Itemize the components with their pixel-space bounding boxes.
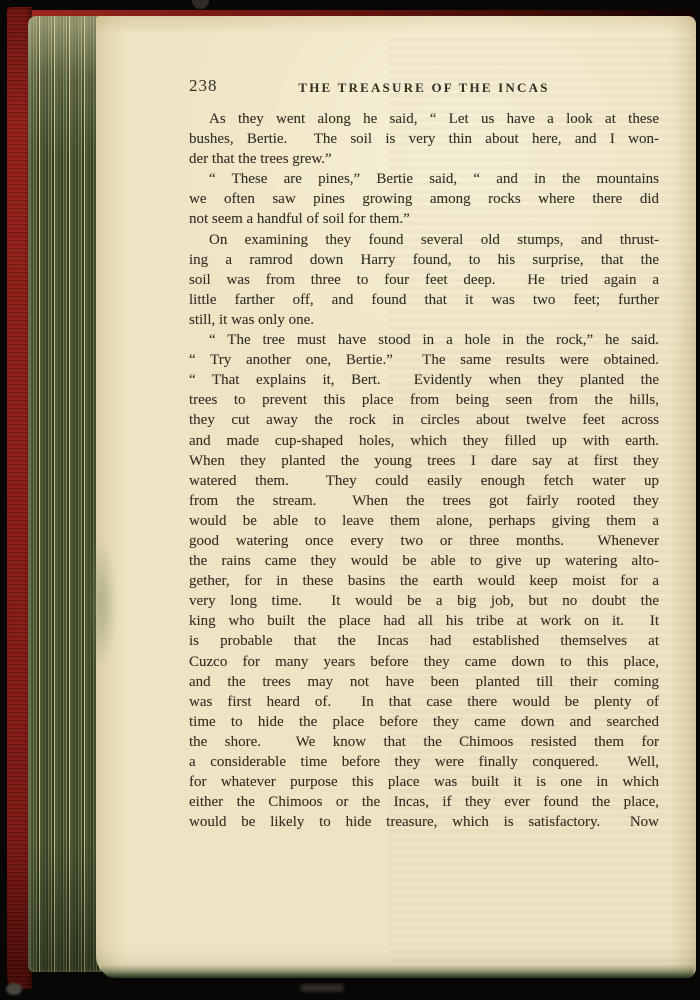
text-line: the shore. We know that the Chimoos resi… [189, 732, 659, 752]
text-line: soil was from three to four feet deep. H… [189, 270, 659, 290]
text-line: “ Try another one, Bertie.” The same res… [189, 350, 659, 370]
body-text: As they went along he said, “ Let us hav… [189, 109, 659, 832]
page-header: 238 THE TREASURE OF THE INCAS [189, 77, 659, 97]
text-line: for whatever purpose this place was buil… [189, 772, 659, 792]
paragraph: “ These are pines,” Bertie said, “ and i… [189, 169, 659, 229]
paragraph: “ The tree must have stood in a hole in … [189, 330, 659, 832]
text-line: king who built the place had all his tri… [189, 611, 659, 631]
scan-artifact [6, 983, 22, 995]
text-line: we often saw pines growing among rocks w… [189, 189, 659, 209]
text-line: the rains came they would be able to giv… [189, 551, 659, 571]
text-line: der that the trees grew.” [189, 149, 659, 169]
text-line: On examining they found several old stum… [189, 230, 659, 250]
text-line: Cuzco for many years before they came do… [189, 652, 659, 672]
text-line: a considerable time before they were fin… [189, 752, 659, 772]
text-line: bushes, Bertie. The soil is very thin ab… [189, 129, 659, 149]
text-line: “ The tree must have stood in a hole in … [189, 330, 659, 350]
text-line: When they planted the young trees I dare… [189, 451, 659, 471]
text-line: was first heard of. In that case there w… [189, 692, 659, 712]
text-line: would be likely to hide treasure, which … [189, 812, 659, 832]
text-line: “ These are pines,” Bertie said, “ and i… [189, 169, 659, 189]
text-line: ing a ramrod down Harry found, to his su… [189, 250, 659, 270]
text-line: is probable that the Incas had establish… [189, 631, 659, 651]
text-line: “ That explains it, Bert. Evidently when… [189, 370, 659, 390]
book-page-edges [28, 16, 102, 972]
text-line: and the trees may not have been planted … [189, 672, 659, 692]
text-line: they cut away the rock in circles about … [189, 410, 659, 430]
scan-artifact [300, 984, 344, 992]
text-line: still, it was only one. [189, 310, 659, 330]
paragraph: On examining they found several old stum… [189, 230, 659, 330]
text-line: and made cup-shaped holes, which they fi… [189, 431, 659, 451]
text-line: not seem a handful of soil for them.” [189, 209, 659, 229]
scan-artifact [192, 0, 209, 9]
text-line: from the stream. When the trees got fair… [189, 491, 659, 511]
text-line: either the Chimoos or the Incas, if they… [189, 792, 659, 812]
book-page: 238 THE TREASURE OF THE INCAS As they we… [96, 16, 696, 978]
text-line: trees to prevent this place from being s… [189, 390, 659, 410]
text-line: little farther off, and found that it wa… [189, 290, 659, 310]
text-line: As they went along he said, “ Let us hav… [189, 109, 659, 129]
text-line: very long time. It would be a big job, b… [189, 591, 659, 611]
text-line: would be able to leave them alone, perha… [189, 511, 659, 531]
text-line: good watering once every two or three mo… [189, 531, 659, 551]
page-number: 238 [189, 76, 218, 96]
text-line: time to hide the place before they came … [189, 712, 659, 732]
text-line: gether, for in these basins the earth wo… [189, 571, 659, 591]
paragraph: As they went along he said, “ Let us hav… [189, 109, 659, 169]
scan-background: 238 THE TREASURE OF THE INCAS As they we… [0, 0, 700, 1000]
running-header: THE TREASURE OF THE INCAS [189, 77, 659, 96]
text-line: watered them. They could easily enough f… [189, 471, 659, 491]
